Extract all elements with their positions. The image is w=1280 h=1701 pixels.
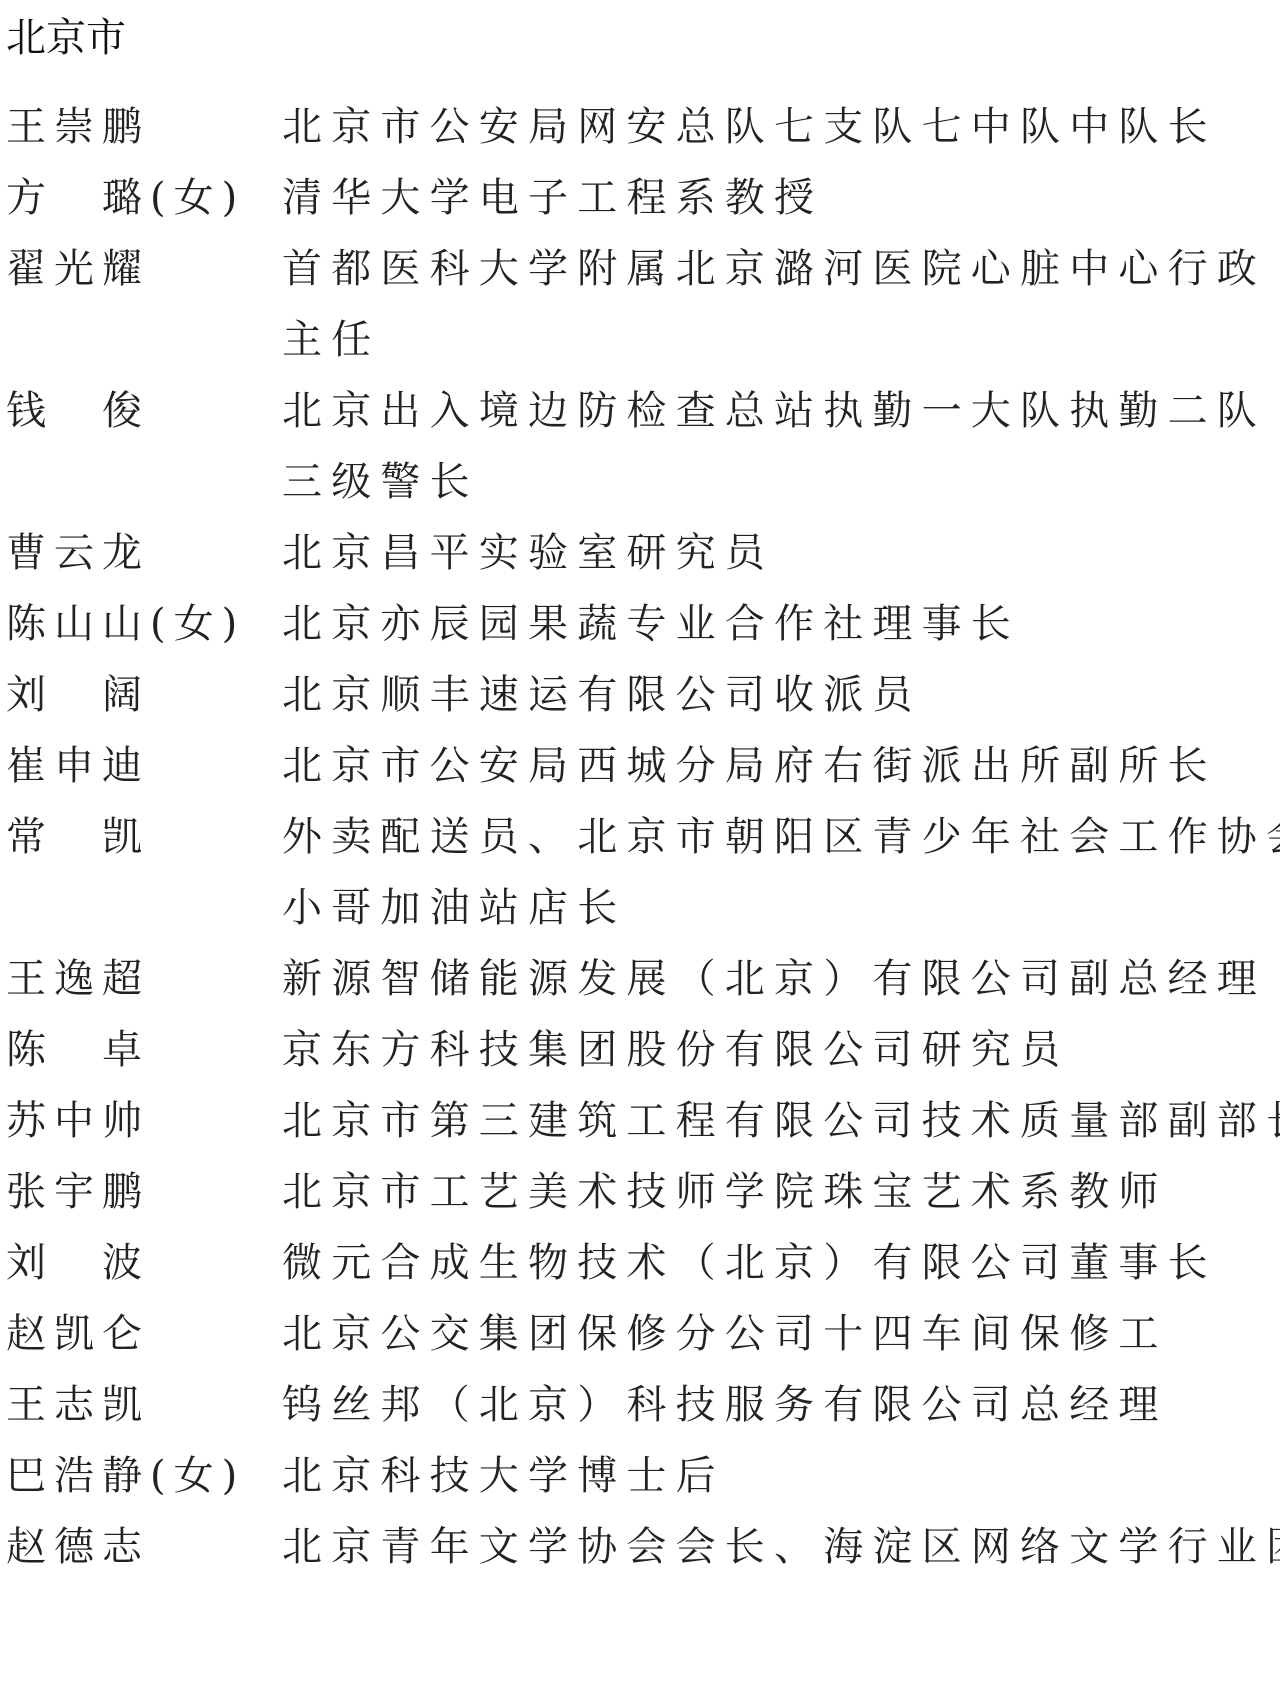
person-title: 北京市第三建筑工程有限公司技术质量部副部长 — [282, 1086, 1280, 1157]
person-title-line: 北京市工艺美术技师学院珠宝艺术系教师 — [282, 1157, 1280, 1228]
person-title: 北京顺丰速运有限公司收派员 — [282, 660, 1280, 731]
person-title-line: 清华大学电子工程系教授 — [282, 163, 1280, 234]
person-name: 崔申迪 — [0, 731, 282, 802]
person-title: 北京青年文学协会会长、海淀区网络文学行业团 — [282, 1512, 1280, 1583]
person-title-line: 北京市公安局网安总队七支队七中队中队长 — [282, 92, 1280, 163]
list-item: 赵德志 北京青年文学协会会长、海淀区网络文学行业团 — [0, 1512, 1280, 1583]
person-title: 北京亦辰园果蔬专业合作社理事长 — [282, 589, 1280, 660]
person-name: 王志凯 — [0, 1370, 282, 1441]
person-title: 钨丝邦（北京）科技服务有限公司总经理 — [282, 1370, 1280, 1441]
list-item: 崔申迪 北京市公安局西城分局府右街派出所副所长 — [0, 731, 1280, 802]
person-name: 曹云龙 — [0, 518, 282, 589]
person-title-line: 小哥加油站店长 — [282, 873, 1280, 944]
person-title: 京东方科技集团股份有限公司研究员 — [282, 1015, 1280, 1086]
list-item: 方 璐(女) 清华大学电子工程系教授 — [0, 163, 1280, 234]
person-title-line: 首都医科大学附属北京潞河医院心脏中心行政 — [282, 234, 1280, 305]
person-name: 刘 阔 — [0, 660, 282, 731]
person-title-line: 北京市第三建筑工程有限公司技术质量部副部长 — [282, 1086, 1280, 1157]
person-title-line: 主任 — [282, 305, 1280, 376]
person-title: 清华大学电子工程系教授 — [282, 163, 1280, 234]
person-name: 王崇鹏 — [0, 92, 282, 163]
person-title: 微元合成生物技术（北京）有限公司董事长 — [282, 1228, 1280, 1299]
person-title: 北京公交集团保修分公司十四车间保修工 — [282, 1299, 1280, 1370]
list-item: 张宇鹏 北京市工艺美术技师学院珠宝艺术系教师 — [0, 1157, 1280, 1228]
list-item: 赵凯仑 北京公交集团保修分公司十四车间保修工 — [0, 1299, 1280, 1370]
list-item: 王崇鹏 北京市公安局网安总队七支队七中队中队长 — [0, 92, 1280, 163]
list-item: 钱 俊 北京出入境边防检查总站执勤一大队执勤二队 三级警长 — [0, 376, 1280, 518]
honoree-list: 王崇鹏 北京市公安局网安总队七支队七中队中队长 方 璐(女) 清华大学电子工程系… — [0, 92, 1280, 1583]
person-title-line: 北京亦辰园果蔬专业合作社理事长 — [282, 589, 1280, 660]
person-title-line: 外卖配送员、北京市朝阳区青少年社会工作协会 — [282, 802, 1280, 873]
person-name: 张宇鹏 — [0, 1157, 282, 1228]
person-title: 北京市公安局西城分局府右街派出所副所长 — [282, 731, 1280, 802]
person-name: 陈山山(女) — [0, 589, 282, 660]
list-item: 常 凯 外卖配送员、北京市朝阳区青少年社会工作协会 小哥加油站店长 — [0, 802, 1280, 944]
person-title-line: 微元合成生物技术（北京）有限公司董事长 — [282, 1228, 1280, 1299]
person-name: 陈 卓 — [0, 1015, 282, 1086]
list-item: 巴浩静(女) 北京科技大学博士后 — [0, 1441, 1280, 1512]
person-name: 钱 俊 — [0, 376, 282, 447]
person-title: 新源智储能源发展（北京）有限公司副总经理 — [282, 944, 1280, 1015]
list-item: 刘 波 微元合成生物技术（北京）有限公司董事长 — [0, 1228, 1280, 1299]
person-title-line: 京东方科技集团股份有限公司研究员 — [282, 1015, 1280, 1086]
person-name: 刘 波 — [0, 1228, 282, 1299]
person-title-line: 钨丝邦（北京）科技服务有限公司总经理 — [282, 1370, 1280, 1441]
person-title: 北京科技大学博士后 — [282, 1441, 1280, 1512]
person-name: 苏中帅 — [0, 1086, 282, 1157]
section-title: 北京市 — [6, 14, 126, 62]
person-title: 外卖配送员、北京市朝阳区青少年社会工作协会 小哥加油站店长 — [282, 802, 1280, 944]
person-name: 常 凯 — [0, 802, 282, 873]
person-title-line: 北京公交集团保修分公司十四车间保修工 — [282, 1299, 1280, 1370]
person-title: 北京市工艺美术技师学院珠宝艺术系教师 — [282, 1157, 1280, 1228]
list-item: 陈山山(女) 北京亦辰园果蔬专业合作社理事长 — [0, 589, 1280, 660]
person-title-line: 北京昌平实验室研究员 — [282, 518, 1280, 589]
list-item: 翟光耀 首都医科大学附属北京潞河医院心脏中心行政 主任 — [0, 234, 1280, 376]
person-title-line: 北京出入境边防检查总站执勤一大队执勤二队 — [282, 376, 1280, 447]
list-item: 王志凯 钨丝邦（北京）科技服务有限公司总经理 — [0, 1370, 1280, 1441]
person-title-line: 北京顺丰速运有限公司收派员 — [282, 660, 1280, 731]
list-item: 陈 卓 京东方科技集团股份有限公司研究员 — [0, 1015, 1280, 1086]
person-name: 赵德志 — [0, 1512, 282, 1583]
person-title-line: 北京科技大学博士后 — [282, 1441, 1280, 1512]
person-title-line: 三级警长 — [282, 447, 1280, 518]
person-name: 王逸超 — [0, 944, 282, 1015]
list-item: 苏中帅 北京市第三建筑工程有限公司技术质量部副部长 — [0, 1086, 1280, 1157]
person-title: 北京出入境边防检查总站执勤一大队执勤二队 三级警长 — [282, 376, 1280, 518]
list-item: 刘 阔 北京顺丰速运有限公司收派员 — [0, 660, 1280, 731]
person-title-line: 北京青年文学协会会长、海淀区网络文学行业团 — [282, 1512, 1280, 1583]
person-title: 北京市公安局网安总队七支队七中队中队长 — [282, 92, 1280, 163]
person-title: 首都医科大学附属北京潞河医院心脏中心行政 主任 — [282, 234, 1280, 376]
person-name: 巴浩静(女) — [0, 1441, 282, 1512]
person-name: 翟光耀 — [0, 234, 282, 305]
person-title-line: 新源智储能源发展（北京）有限公司副总经理 — [282, 944, 1280, 1015]
person-name: 赵凯仑 — [0, 1299, 282, 1370]
person-title-line: 北京市公安局西城分局府右街派出所副所长 — [282, 731, 1280, 802]
person-name: 方 璐(女) — [0, 163, 282, 234]
list-item: 王逸超 新源智储能源发展（北京）有限公司副总经理 — [0, 944, 1280, 1015]
person-title: 北京昌平实验室研究员 — [282, 518, 1280, 589]
list-item: 曹云龙 北京昌平实验室研究员 — [0, 518, 1280, 589]
